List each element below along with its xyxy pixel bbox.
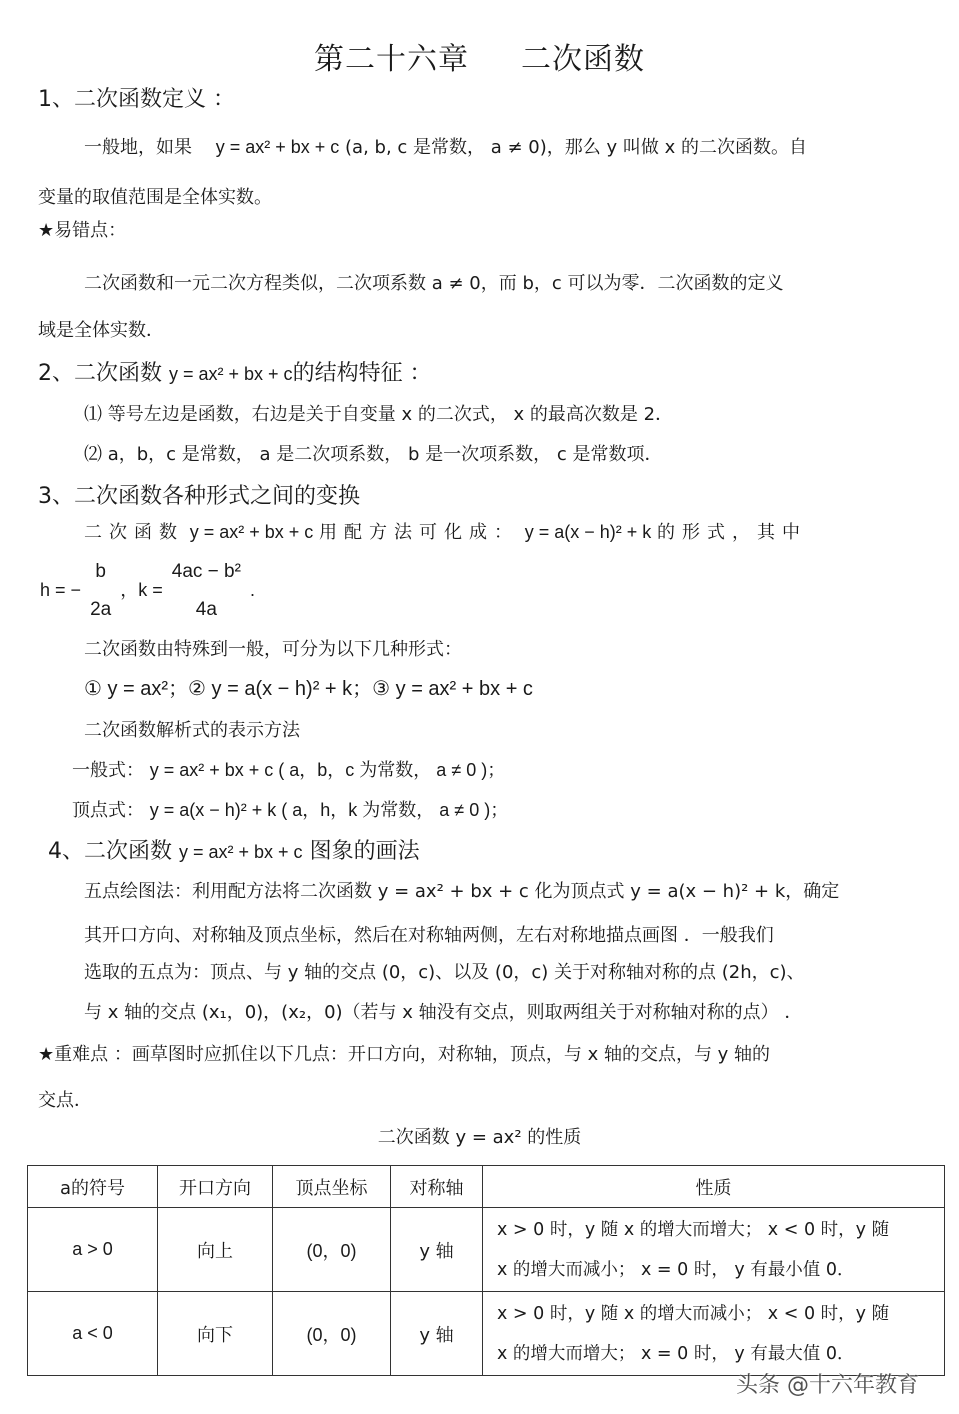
k-numerator: 4ac − b² bbox=[172, 553, 241, 591]
representation-heading: 二次函数解析式的表示方法 bbox=[84, 716, 300, 742]
key-point-line1: ★重难点 ：画草图时应抓住以下几点：开口方向，对称轴，顶点，与 x 轴的交点，与… bbox=[38, 1040, 770, 1066]
header-vertex: 顶点坐标 bbox=[273, 1166, 391, 1208]
section2-heading: 2、二次函数 y = ax² + bx + c的结构特征 ： bbox=[38, 356, 432, 387]
property-line-2: x 的增大而减小； x = 0 时， y 有最小值 0． bbox=[497, 1250, 934, 1290]
section4-heading: 4、二次函数 y = ax² + bx + c 图象的画法 bbox=[48, 834, 420, 865]
k-denominator: 4a bbox=[172, 591, 241, 629]
header-direction: 开口方向 bbox=[158, 1166, 273, 1208]
watermark: 头条 @十六年教育 bbox=[736, 1368, 919, 1399]
header-properties: 性质 bbox=[483, 1166, 945, 1208]
section1-heading: 1、二次函数定义 ： bbox=[38, 82, 235, 113]
section2-heading-formula: y = ax² + bx + c bbox=[169, 364, 293, 384]
five-point-line4: 与 x 轴的交点 (x₁，0)，(x₂，0)（若与 x 轴没有交点，则取两组关于… bbox=[84, 998, 802, 1024]
general-form-text: y = ax² + bx + c ( a，b，c 为常数， a ≠ 0 )； bbox=[150, 760, 505, 780]
definition-line1: 一般地，如果 y = ax² + bx + c (a, b, c 是常数， a … bbox=[84, 133, 807, 159]
page-title: 第二十六章二次函数 bbox=[0, 34, 959, 78]
property-line-1: x > 0 时，y 随 x 的增大而减小； x < 0 时，y 随 bbox=[497, 1294, 934, 1334]
table-row: a < 0 向下 (0，0) y 轴 x > 0 时，y 随 x 的增大而减小；… bbox=[28, 1292, 945, 1376]
vertex-form-text: y = a(x − h)² + k ( a，h，k 为常数， a ≠ 0 )； bbox=[150, 800, 508, 820]
section4-heading-prefix: 4、二次函数 bbox=[48, 839, 172, 864]
section4-heading-formula: y = ax² + bx + c bbox=[179, 842, 303, 862]
completing-square-suffix: 的形式，其中 bbox=[657, 522, 807, 543]
section2-heading-prefix: 2、二次函数 bbox=[38, 361, 162, 386]
structure-item-1: ⑴ 等号左边是函数，右边是关于自变量 x 的二次式， x 的最高次数是 2． bbox=[84, 400, 673, 426]
structure-item-2: ⑵ a，b，c 是常数， a 是二次项系数， b 是一次项系数， c 是常数项． bbox=[84, 440, 662, 466]
k-label: ，k = bbox=[120, 580, 163, 600]
hk-formulas: h = − b2a ，k = 4ac − b²4a . bbox=[40, 553, 255, 629]
table-row: a > 0 向上 (0，0) y 轴 x > 0 时，y 随 x 的增大而增大；… bbox=[28, 1208, 945, 1292]
pitfall-label: ★易错点： bbox=[38, 216, 126, 242]
general-form-formula: y = ax² + bx + c bbox=[190, 522, 314, 542]
end-dot: . bbox=[250, 580, 255, 600]
pitfall-line1: 二次函数和一元二次方程类似，二次项系数 a ≠ 0，而 b，c 可以为零．二次函… bbox=[84, 269, 784, 295]
definition-prefix: 一般地，如果 bbox=[84, 137, 192, 158]
general-form-line: 一般式： y = ax² + bx + c ( a，b，c 为常数， a ≠ 0… bbox=[72, 756, 505, 782]
cell-vertex: (0，0) bbox=[273, 1208, 391, 1292]
general-form-label: 一般式： bbox=[72, 760, 144, 781]
k-fraction: 4ac − b²4a bbox=[172, 553, 241, 629]
section2-heading-suffix: 的结构特征 ： bbox=[293, 361, 432, 386]
cell-vertex: (0，0) bbox=[273, 1292, 391, 1376]
table-header-row: a的符号 开口方向 顶点坐标 对称轴 性质 bbox=[28, 1166, 945, 1208]
definition-condition: (a, b, c 是常数， a ≠ 0)，那么 y 叫做 x 的二次函数。自 bbox=[345, 137, 807, 158]
five-point-line3: 选取的五点为：顶点、与 y 轴的交点 (0，c)、以及 (0，c) 关于对称轴对… bbox=[84, 958, 805, 984]
pitfall-line2: 域是全体实数． bbox=[38, 316, 164, 342]
cell-axis: y 轴 bbox=[391, 1208, 483, 1292]
h-label: h = − bbox=[40, 580, 81, 600]
vertex-form-line: 顶点式： y = a(x − h)² + k ( a，h，k 为常数， a ≠ … bbox=[72, 796, 508, 822]
cell-direction: 向上 bbox=[158, 1208, 273, 1292]
chapter-label: 第二十六章 bbox=[314, 42, 469, 77]
h-numerator: b bbox=[90, 553, 111, 591]
h-fraction: b2a bbox=[90, 553, 111, 629]
five-point-line1: 五点绘图法：利用配方法将二次函数 y = ax² + bx + c 化为顶点式 … bbox=[84, 877, 839, 903]
completing-square-mid: 用配方法可化成： bbox=[319, 522, 519, 543]
key-point-line2: 交点． bbox=[38, 1086, 92, 1112]
cell-axis: y 轴 bbox=[391, 1292, 483, 1376]
section3-heading: 3、二次函数各种形式之间的变换 bbox=[38, 479, 360, 510]
cell-properties: x > 0 时，y 随 x 的增大而减小； x < 0 时，y 随 x 的增大而… bbox=[483, 1292, 945, 1376]
cell-a-sign: a > 0 bbox=[28, 1208, 158, 1292]
property-line-1: x > 0 时，y 随 x 的增大而增大； x < 0 时，y 随 bbox=[497, 1210, 934, 1250]
completing-square-prefix: 二次函数 bbox=[84, 522, 184, 543]
forms-intro: 二次函数由特殊到一般，可分为以下几种形式： bbox=[84, 635, 462, 661]
section4-heading-suffix: 图象的画法 bbox=[310, 839, 420, 864]
definition-line2: 变量的取值范围是全体实数。 bbox=[38, 183, 272, 209]
vertex-form-label: 顶点式： bbox=[72, 800, 144, 821]
properties-table: a的符号 开口方向 顶点坐标 对称轴 性质 a > 0 向上 (0，0) y 轴… bbox=[27, 1165, 945, 1376]
h-denominator: 2a bbox=[90, 591, 111, 629]
five-point-line2: 其开口方向、对称轴及顶点坐标，然后在对称轴两侧，左右对称地描点画图 ．一般我们 bbox=[84, 921, 774, 947]
definition-formula: y = ax² + bx + c bbox=[216, 137, 340, 157]
header-a-sign: a的符号 bbox=[28, 1166, 158, 1208]
cell-direction: 向下 bbox=[158, 1292, 273, 1376]
cell-properties: x > 0 时，y 随 x 的增大而增大； x < 0 时，y 随 x 的增大而… bbox=[483, 1208, 945, 1292]
vertex-form-formula: y = a(x − h)² + k bbox=[525, 522, 652, 542]
cell-a-sign: a < 0 bbox=[28, 1292, 158, 1376]
forms-list: ① y = ax²；② y = a(x − h)² + k；③ y = ax² … bbox=[84, 672, 533, 701]
chapter-topic: 二次函数 bbox=[521, 42, 645, 77]
completing-square-line: 二次函数 y = ax² + bx + c 用配方法可化成： y = a(x −… bbox=[84, 518, 807, 544]
header-axis: 对称轴 bbox=[391, 1166, 483, 1208]
table-caption: 二次函数 y = ax² 的性质 bbox=[0, 1123, 959, 1149]
